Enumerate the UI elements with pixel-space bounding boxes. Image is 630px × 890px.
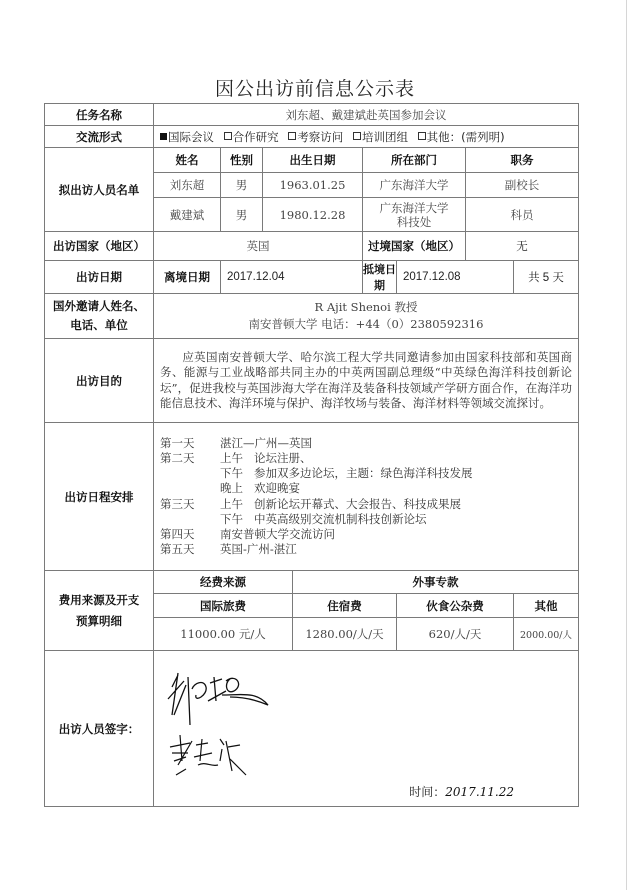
schedule-item: 第三天上午创新论坛开幕式、大会报告、科技成果展 xyxy=(160,497,572,512)
row-destination: 出访国家（地区） 英国 过境国家（地区） 无 xyxy=(45,232,579,261)
option-other[interactable]: 其他：(需列明) xyxy=(418,130,505,144)
schedule-item: 第五天英国-广州-湛江 xyxy=(160,542,572,557)
inviter-value: R Ajit Shenoi 教授 南安普顿大学 电话：+44（0）2380592… xyxy=(154,294,579,339)
schedule-item: 下午中英高级别交流机制科技创新论坛 xyxy=(160,512,572,527)
depart-value: 2017.12.04 xyxy=(221,261,363,294)
person-name: 戴建斌 xyxy=(154,198,221,232)
budget-label: 费用来源及开支 预算明细 xyxy=(45,571,154,651)
value-other: 2000.00/人 xyxy=(514,618,579,651)
header-dept: 所在部门 xyxy=(363,148,466,173)
person-birth: 1963.01.25 xyxy=(263,173,363,198)
header-meals: 伙食公杂费 xyxy=(397,594,514,618)
destination-value: 英国 xyxy=(154,232,363,261)
schedule-item: 下午参加双多边论坛，主题：绿色海洋科技发展 xyxy=(160,466,572,481)
signature-time: 时间：2017.11.22 xyxy=(409,783,514,800)
budget-source-value: 外事专款 xyxy=(293,571,579,594)
person-dept-line2: 科技处 xyxy=(363,215,465,229)
person-birth: 1980.12.28 xyxy=(263,198,363,232)
dates-label: 出访日期 xyxy=(45,261,154,294)
row-schedule: 出访日程安排 第一天湛江—广州—英国 第二天上午论坛注册、 下午参加双多边论坛，… xyxy=(45,423,579,571)
value-accommodation: 1280.00/人/天 xyxy=(293,618,397,651)
purpose-label: 出访目的 xyxy=(45,339,154,423)
checkbox-empty-icon[interactable] xyxy=(224,132,232,140)
inviter-label: 国外邀请人姓名、 电话、单位 xyxy=(45,294,154,339)
header-other: 其他 xyxy=(514,594,579,618)
person-dept-line1: 广东海洋大学 xyxy=(363,201,465,215)
inviter-name: R Ajit Shenoi 教授 xyxy=(154,299,578,316)
row-task: 任务名称 刘东超、戴建斌赴英国参加会议 xyxy=(45,104,579,126)
checkbox-empty-icon[interactable] xyxy=(418,132,426,140)
schedule-item: 第四天南安普顿大学交流访问 xyxy=(160,527,572,542)
signature-area: 时间：2017.11.22 xyxy=(154,651,579,807)
budget-source-label: 经费来源 xyxy=(154,571,293,594)
destination-label: 出访国家（地区） xyxy=(45,232,154,261)
checkbox-checked-icon[interactable] xyxy=(160,133,167,140)
person-gender: 男 xyxy=(221,173,263,198)
signature-label: 出访人员签字： xyxy=(45,651,154,807)
purpose-text: 应英国南安普顿大学、哈尔滨工程大学共同邀请参加由国家科技部和英国商务、能源与工业… xyxy=(154,339,579,423)
schedule-item: 第一天湛江—广州—英国 xyxy=(160,436,572,451)
depart-label: 离境日期 xyxy=(154,261,221,294)
option-training-group[interactable]: 培训团组 xyxy=(353,130,408,144)
inviter-org-phone: 南安普顿大学 电话：+44（0）2380592316 xyxy=(154,316,578,333)
row-inviter: 国外邀请人姓名、 电话、单位 R Ajit Shenoi 教授 南安普顿大学 电… xyxy=(45,294,579,339)
header-gender: 性别 xyxy=(221,148,263,173)
header-accommodation: 住宿费 xyxy=(293,594,397,618)
option-inspection-visit[interactable]: 考察访问 xyxy=(288,130,343,144)
value-intl-travel: 11000.00 元/人 xyxy=(154,618,293,651)
header-intl-travel: 国际旅费 xyxy=(154,594,293,618)
transit-value: 无 xyxy=(466,232,579,261)
person-dept: 广东海洋大学 科技处 xyxy=(363,198,466,232)
total-days: 共 5 天 xyxy=(514,261,579,294)
row-signature: 出访人员签字： 时间：2017.11.22 xyxy=(45,651,579,807)
header-birth: 出生日期 xyxy=(263,148,363,173)
exchange-type-label: 交流形式 xyxy=(45,126,154,148)
signature-liu-dongchao xyxy=(164,665,274,735)
checkbox-empty-icon[interactable] xyxy=(288,132,296,140)
schedule-item: 晚上欢迎晚宴 xyxy=(160,481,572,496)
schedule-item: 第二天上午论坛注册、 xyxy=(160,451,572,466)
row-personnel-header: 拟出访人员名单 姓名 性别 出生日期 所在部门 职务 xyxy=(45,148,579,173)
schedule-list: 第一天湛江—广州—英国 第二天上午论坛注册、 下午参加双多边论坛，主题：绿色海洋… xyxy=(154,423,579,571)
return-value: 2017.12.08 xyxy=(397,261,514,294)
checkbox-empty-icon[interactable] xyxy=(353,132,361,140)
person-name: 刘东超 xyxy=(154,173,221,198)
page-edge xyxy=(626,0,627,890)
value-meals: 620/人/天 xyxy=(397,618,514,651)
schedule-label: 出访日程安排 xyxy=(45,423,154,571)
row-dates: 出访日期 离境日期 2017.12.04 抵境日期 2017.12.08 共 5… xyxy=(45,261,579,294)
person-position: 科员 xyxy=(466,198,579,232)
return-label: 抵境日期 xyxy=(363,261,397,294)
document-title: 因公出访前信息公示表 xyxy=(0,74,630,101)
task-label: 任务名称 xyxy=(45,104,154,126)
personnel-label: 拟出访人员名单 xyxy=(45,148,154,232)
row-purpose: 出访目的 应英国南安普顿大学、哈尔滨工程大学共同邀请参加由国家科技部和英国商务、… xyxy=(45,339,579,423)
signature-dai-jianbin xyxy=(166,731,256,781)
signature-date: 2017.11.22 xyxy=(445,785,514,799)
person-gender: 男 xyxy=(221,198,263,232)
option-cooperative-research[interactable]: 合作研究 xyxy=(224,130,279,144)
option-international-conference[interactable]: 国际会议 xyxy=(160,130,214,144)
header-name: 姓名 xyxy=(154,148,221,173)
header-position: 职务 xyxy=(466,148,579,173)
transit-label: 过境国家（地区） xyxy=(363,232,466,261)
person-dept: 广东海洋大学 xyxy=(363,173,466,198)
person-position: 副校长 xyxy=(466,173,579,198)
task-value: 刘东超、戴建斌赴英国参加会议 xyxy=(154,104,579,126)
disclosure-form-table: 任务名称 刘东超、戴建斌赴英国参加会议 交流形式 国际会议 合作研究 考察访问 … xyxy=(44,103,579,807)
row-exchange-type: 交流形式 国际会议 合作研究 考察访问 培训团组 其他：(需列明) xyxy=(45,126,579,148)
row-budget-source: 费用来源及开支 预算明细 经费来源 外事专款 xyxy=(45,571,579,594)
exchange-type-options: 国际会议 合作研究 考察访问 培训团组 其他：(需列明) xyxy=(154,126,579,148)
